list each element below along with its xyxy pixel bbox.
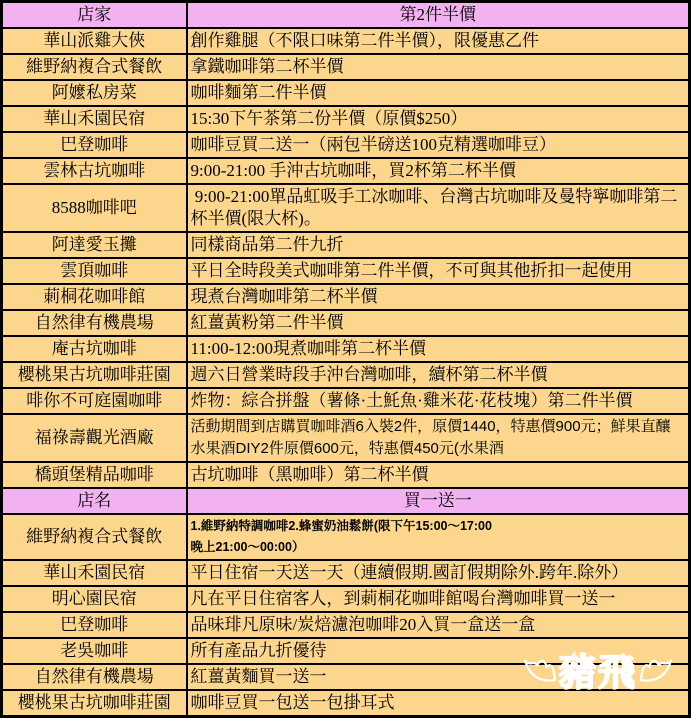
table-row: 阿嬤私房菜咖啡麵第二件半價: [2, 80, 690, 106]
deal-cell: 平日住宿一天送一天（連續假期.國訂假期除外.跨年.除外）: [187, 560, 690, 586]
section-header-deal: 買一送一: [187, 488, 690, 514]
store-cell: 巴登咖啡: [2, 132, 187, 158]
table-row: 庵古坑咖啡11:00-12:00現煮咖啡第二杯半價: [2, 336, 690, 362]
table-row: 啡你不可庭園咖啡炸物：綜合拼盤（薯條·土魠魚·雞米花·花枝塊）第二件半價: [2, 388, 690, 414]
store-cell: 巴登咖啡: [2, 612, 187, 638]
table-row: 華山派雞大俠創作雞腿（不限口味第二件半價），限優惠乙件: [2, 28, 690, 54]
table-row: 橋頭堡精品咖啡古坑咖啡（黑咖啡）第二杯半價: [2, 462, 690, 488]
deal-cell: 拿鐵咖啡第二杯半價: [187, 54, 690, 80]
store-cell: 阿達愛玉攤: [2, 232, 187, 258]
store-cell: 自然律有機農場: [2, 310, 187, 336]
deal-cell: 9:00-21:00 手沖古坑咖啡，買2杯第二杯半價: [187, 158, 690, 184]
deal-cell: 11:00-12:00現煮咖啡第二杯半價: [187, 336, 690, 362]
store-cell: 福祿壽觀光酒廠: [2, 414, 187, 462]
store-cell: 明心園民宿: [2, 586, 187, 612]
deal-cell: 1.維野納特調咖啡2.蜂蜜奶油鬆餅(限下午15:00～17:00 晚上21:00…: [187, 514, 690, 560]
deal-cell: 咖啡豆買一包送一包掛耳式: [187, 690, 690, 717]
store-cell: 華山禾園民宿: [2, 106, 187, 132]
table-row: 華山禾園民宿15:30下午茶第二份半價（原價$250）: [2, 106, 690, 132]
deal-cell: 炸物：綜合拼盤（薯條·土魠魚·雞米花·花枝塊）第二件半價: [187, 388, 690, 414]
store-cell: 啡你不可庭園咖啡: [2, 388, 187, 414]
table-row: 華山禾園民宿平日住宿一天送一天（連續假期.國訂假期除外.跨年.除外）: [2, 560, 690, 586]
store-cell: 雲林古坑咖啡: [2, 158, 187, 184]
table-row: 櫻桃果古坑咖啡莊園咖啡豆買一包送一包掛耳式: [2, 690, 690, 717]
deal-cell: 所有產品九折優待: [187, 638, 690, 664]
table-body: 店家第2件半價華山派雞大俠創作雞腿（不限口味第二件半價），限優惠乙件維野納複合式…: [2, 2, 690, 717]
store-cell: 櫻桃果古坑咖啡莊園: [2, 362, 187, 388]
section-header-deal: 第2件半價: [187, 2, 690, 29]
section-header-store: 店家: [2, 2, 187, 29]
store-cell: 阿嬤私房菜: [2, 80, 187, 106]
deal-cell: 現煮台灣咖啡第二杯半價: [187, 284, 690, 310]
deal-cell: 凡在平日住宿客人，到莿桐花咖啡館喝台灣咖啡買一送一: [187, 586, 690, 612]
deal-cell: 創作雞腿（不限口味第二件半價），限優惠乙件: [187, 28, 690, 54]
store-cell: 老吳咖啡: [2, 638, 187, 664]
store-cell: 庵古坑咖啡: [2, 336, 187, 362]
deal-cell: 紅薑黃粉第二件半價: [187, 310, 690, 336]
deal-cell: 平日全時段美式咖啡第二件半價，不可與其他折扣一起使用: [187, 258, 690, 284]
deal-cell: 週六日營業時段手沖台灣咖啡，續杯第二杯半價: [187, 362, 690, 388]
table-row: 福祿壽觀光酒廠活動期間到店購買咖啡酒6入裝2件，原價1440，特惠價900元；鮮…: [2, 414, 690, 462]
table-row: 老吳咖啡所有產品九折優待: [2, 638, 690, 664]
store-cell: 自然律有機農場: [2, 664, 187, 690]
section-header-row: 店名買一送一: [2, 488, 690, 514]
deal-cell: 15:30下午茶第二份半價（原價$250）: [187, 106, 690, 132]
table-row: 雲頂咖啡平日全時段美式咖啡第二件半價，不可與其他折扣一起使用: [2, 258, 690, 284]
table-row: 莿桐花咖啡館現煮台灣咖啡第二杯半價: [2, 284, 690, 310]
store-cell: 橋頭堡精品咖啡: [2, 462, 187, 488]
table-row: 維野納複合式餐飲1.維野納特調咖啡2.蜂蜜奶油鬆餅(限下午15:00～17:00…: [2, 514, 690, 560]
deal-cell: 古坑咖啡（黑咖啡）第二杯半價: [187, 462, 690, 488]
table-row: 明心園民宿凡在平日住宿客人，到莿桐花咖啡館喝台灣咖啡買一送一: [2, 586, 690, 612]
section-header-store: 店名: [2, 488, 187, 514]
table-row: 8588咖啡吧 9:00-21:00單品虹吸手工冰咖啡、台灣古坑咖啡及曼特寧咖啡…: [2, 184, 690, 232]
store-cell: 華山禾園民宿: [2, 560, 187, 586]
promo-table: 店家第2件半價華山派雞大俠創作雞腿（不限口味第二件半價），限優惠乙件維野納複合式…: [0, 0, 691, 718]
table-row: 自然律有機農場紅薑黃麵買一送一: [2, 664, 690, 690]
table-row: 巴登咖啡品味琲凡原味/炭焙濾泡咖啡20入買一盒送一盒: [2, 612, 690, 638]
store-cell: 8588咖啡吧: [2, 184, 187, 232]
deal-cell: 同樣商品第二件九折: [187, 232, 690, 258]
table-row: 維野納複合式餐飲拿鐵咖啡第二杯半價: [2, 54, 690, 80]
deal-cell: 9:00-21:00單品虹吸手工冰咖啡、台灣古坑咖啡及曼特寧咖啡第二杯半價(限大…: [187, 184, 690, 232]
table-row: 雲林古坑咖啡9:00-21:00 手沖古坑咖啡，買2杯第二杯半價: [2, 158, 690, 184]
table-row: 櫻桃果古坑咖啡莊園週六日營業時段手沖台灣咖啡，續杯第二杯半價: [2, 362, 690, 388]
deal-cell: 咖啡麵第二件半價: [187, 80, 690, 106]
store-cell: 莿桐花咖啡館: [2, 284, 187, 310]
deal-cell: 紅薑黃麵買一送一: [187, 664, 690, 690]
store-cell: 櫻桃果古坑咖啡莊園: [2, 690, 187, 717]
store-cell: 維野納複合式餐飲: [2, 54, 187, 80]
store-cell: 維野納複合式餐飲: [2, 514, 187, 560]
store-cell: 雲頂咖啡: [2, 258, 187, 284]
store-cell: 華山派雞大俠: [2, 28, 187, 54]
table-row: 自然律有機農場紅薑黃粉第二件半價: [2, 310, 690, 336]
table-row: 巴登咖啡咖啡豆買二送一（兩包半磅送100克精選咖啡豆）: [2, 132, 690, 158]
table-row: 阿達愛玉攤同樣商品第二件九折: [2, 232, 690, 258]
section-header-row: 店家第2件半價: [2, 2, 690, 29]
deal-cell: 品味琲凡原味/炭焙濾泡咖啡20入買一盒送一盒: [187, 612, 690, 638]
deal-cell: 咖啡豆買二送一（兩包半磅送100克精選咖啡豆）: [187, 132, 690, 158]
deal-cell: 活動期間到店購買咖啡酒6入裝2件，原價1440，特惠價900元；鮮果直釀水果酒D…: [187, 414, 690, 462]
